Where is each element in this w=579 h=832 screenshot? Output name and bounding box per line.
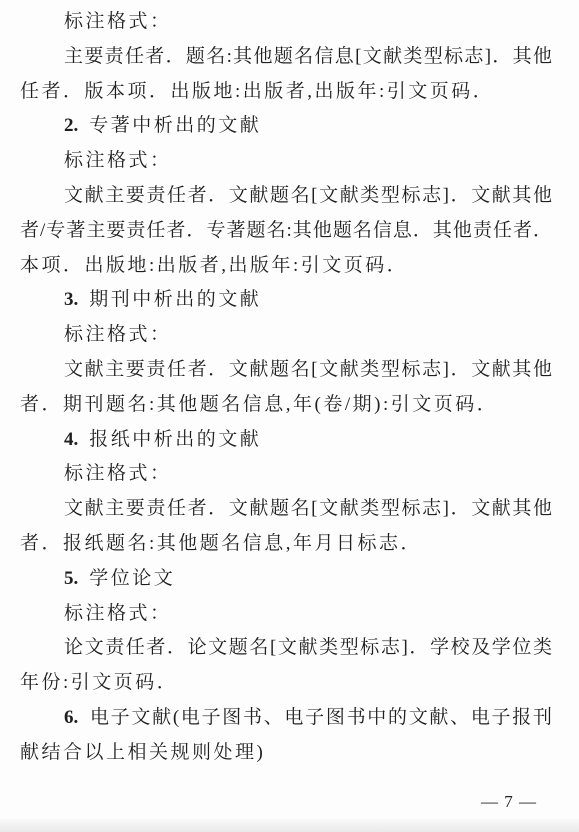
item-number: 2. [64,115,78,136]
line-text: 标注格式： [64,324,172,345]
line-text: 期刊中析出的文献 [89,289,261,310]
line-text: 年份:引文页码． [20,672,178,693]
line-text: 主要责任者．题名:其他题名信息[文献类型标志]．其他责 [64,46,553,75]
line-text: 者．期刊题名:其他题名信息,年(卷/期):引文页码． [20,394,498,415]
line-text: 学位论文 [89,568,175,589]
text-line: 标注格式： [20,457,553,492]
line-text: 报纸中析出的文献 [89,429,261,450]
line-text: 本项．出版地:出版者,出版年:引文页码． [20,255,408,276]
text-line: 标注格式： [20,144,553,179]
text-line: 标注格式： [20,318,553,353]
text-line: 文献主要责任者．文献题名[文献类型标志]．文献其他责任 [20,492,553,527]
text-line: 献结合以上相关规则处理) [20,736,553,771]
line-text: 标注格式： [64,11,172,32]
line-text: 者．报纸题名:其他题名信息,年月日标志． [20,533,422,554]
text-line: 文献主要责任者．文献题名[文献类型标志]．文献其他责任 [20,179,553,214]
line-text: 文献主要责任者．文献题名[文献类型标志]．文献其他责任 [64,359,553,388]
item-number: 3. [64,289,78,310]
item-heading-line: 4.报纸中析出的文献 [20,423,553,458]
text-line: 者/专著主要责任者．专著题名:其他题名信息．其他责任者．版 [20,214,553,249]
line-text: 者/专著主要责任者．专著题名:其他题名信息．其他责任者．版 [20,220,553,249]
item-heading-line: 3.期刊中析出的文献 [20,283,553,318]
item-heading-line: 6.电子文献(电子图书、电子图书中的文献、电子报刊中的文 [20,701,553,736]
text-line: 年份:引文页码． [20,666,553,701]
text-line: 本项．出版地:出版者,出版年:引文页码． [20,249,553,284]
line-text: 专著中析出的文献 [89,115,261,136]
text-line: 者．报纸题名:其他题名信息,年月日标志． [20,527,553,562]
line-text: 献结合以上相关规则处理) [20,742,265,763]
item-heading-line: 5.学位论文 [20,562,553,597]
line-text: 论文责任者．论文题名[文献类型标志]．学校及学位类型, [64,637,553,666]
text-line: 任者．版本项．出版地:出版者,出版年:引文页码． [20,75,553,110]
text-line: 文献主要责任者．文献题名[文献类型标志]．文献其他责任 [20,353,553,388]
line-text: 电子文献(电子图书、电子图书中的文献、电子报刊中的文 [64,707,553,736]
line-text: 标注格式： [64,150,172,171]
text-line: 标注格式： [20,5,553,40]
text-line: 主要责任者．题名:其他题名信息[文献类型标志]．其他责 [20,40,553,75]
item-number: 6. [64,707,78,728]
line-text: 任者．版本项．出版地:出版者,出版年:引文页码． [20,81,494,102]
text-line: 标注格式： [20,597,553,632]
document-page: 标注格式：主要责任者．题名:其他题名信息[文献类型标志]．其他责任者．版本项．出… [0,0,579,832]
text-line: 者．期刊题名:其他题名信息,年(卷/期):引文页码． [20,388,553,423]
line-text: 标注格式： [64,463,172,484]
item-heading-line: 2.专著中析出的文献 [20,109,553,144]
line-text: 标注格式： [64,603,172,624]
item-number: 5. [64,568,78,589]
page-number: — 7 — [481,792,537,811]
scan-shadow [0,819,579,832]
text-line: 论文责任者．论文题名[文献类型标志]．学校及学位类型, [20,631,553,666]
line-text: 文献主要责任者．文献题名[文献类型标志]．文献其他责任 [64,185,553,214]
document-body: 标注格式：主要责任者．题名:其他题名信息[文献类型标志]．其他责任者．版本项．出… [20,5,553,771]
line-text: 文献主要责任者．文献题名[文献类型标志]．文献其他责任 [64,498,553,527]
item-number: 4. [64,429,78,450]
page-footer: — 7 — [481,792,537,812]
